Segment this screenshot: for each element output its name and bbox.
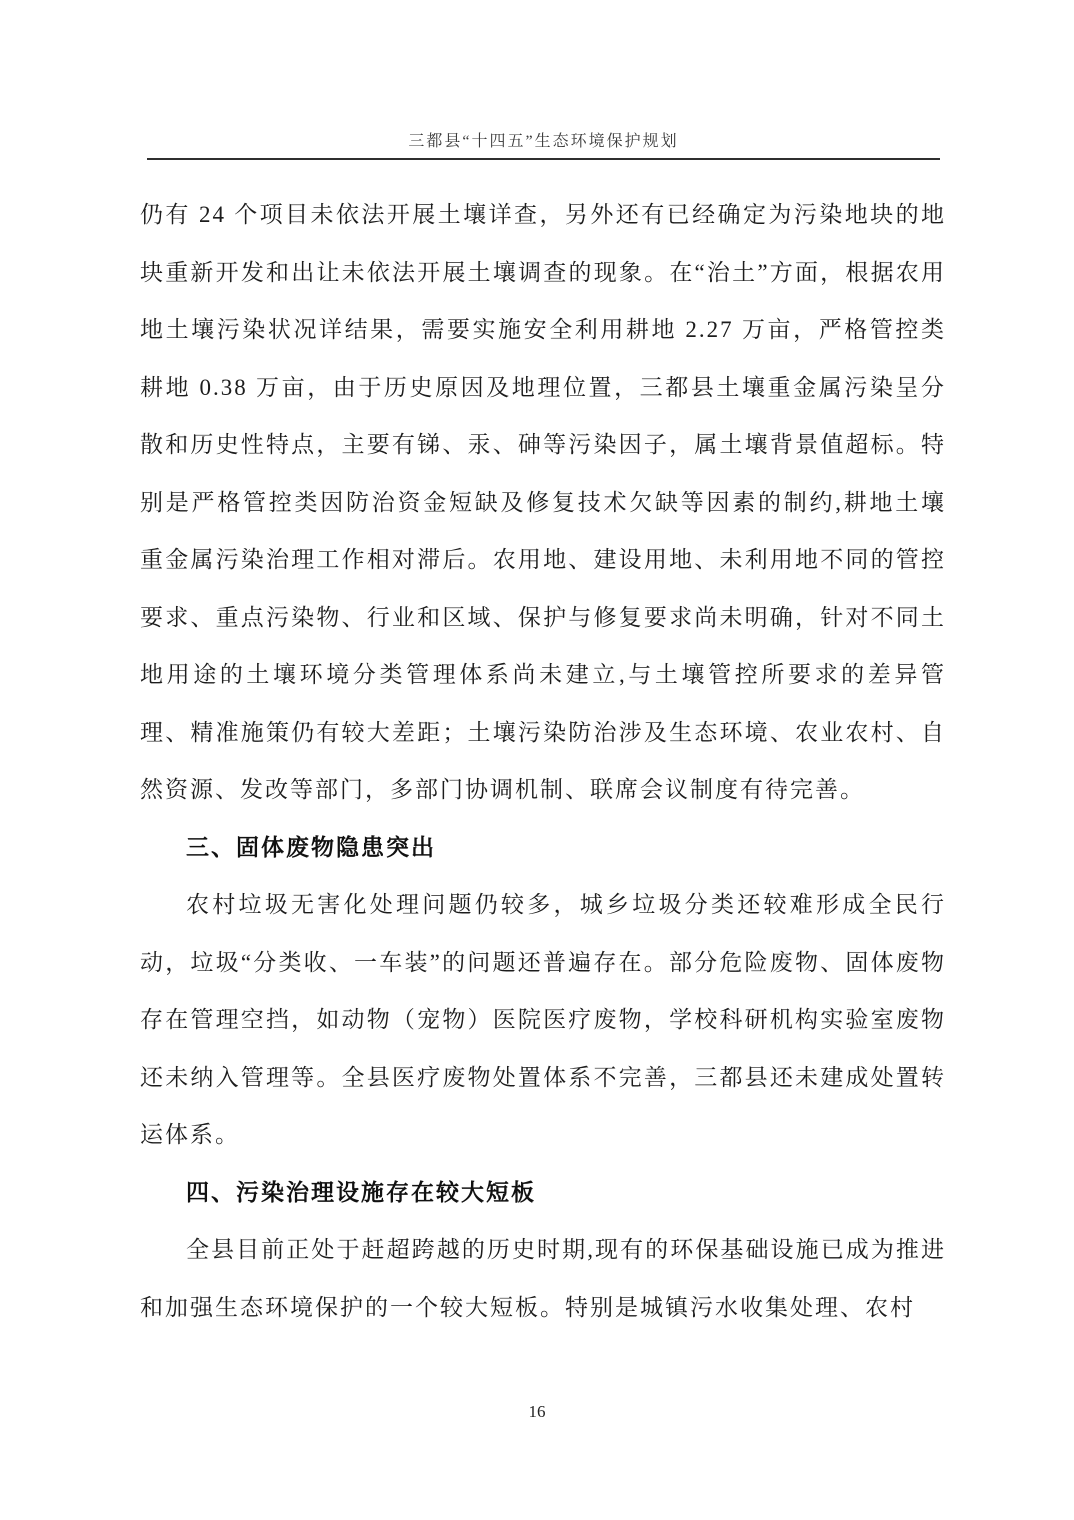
page-number: 16 xyxy=(529,1402,546,1421)
document-page: 三都县“十四五”生态环境保护规划 仍有 24 个项目未依法开展土壤详查，另外还有… xyxy=(0,0,1074,1520)
page-header: 三都县“十四五”生态环境保护规划 xyxy=(147,128,940,160)
page-footer: 16 xyxy=(0,1402,1074,1422)
document-body: 仍有 24 个项目未依法开展土壤详查，另外还有已经确定为污染地块的地块重新开发和… xyxy=(140,186,946,1336)
header-rule xyxy=(147,158,940,160)
section-heading-solid-waste: 三、固体废物隐患突出 xyxy=(140,819,946,877)
paragraph-pollution-treatment-facilities: 全县目前正处于赶超跨越的历史时期,现有的环保基础设施已成为推进和加强生态环境保护… xyxy=(140,1221,946,1336)
paragraph-soil-pollution-continuation: 仍有 24 个项目未依法开展土壤详查，另外还有已经确定为污染地块的地块重新开发和… xyxy=(140,186,946,819)
running-header-title: 三都县“十四五”生态环境保护规划 xyxy=(147,128,940,158)
paragraph-solid-waste: 农村垃圾无害化处理问题仍较多，城乡垃圾分类还较难形成全民行动，垃圾“分类收、一车… xyxy=(140,876,946,1164)
section-heading-pollution-treatment-facilities: 四、污染治理设施存在较大短板 xyxy=(140,1164,946,1222)
